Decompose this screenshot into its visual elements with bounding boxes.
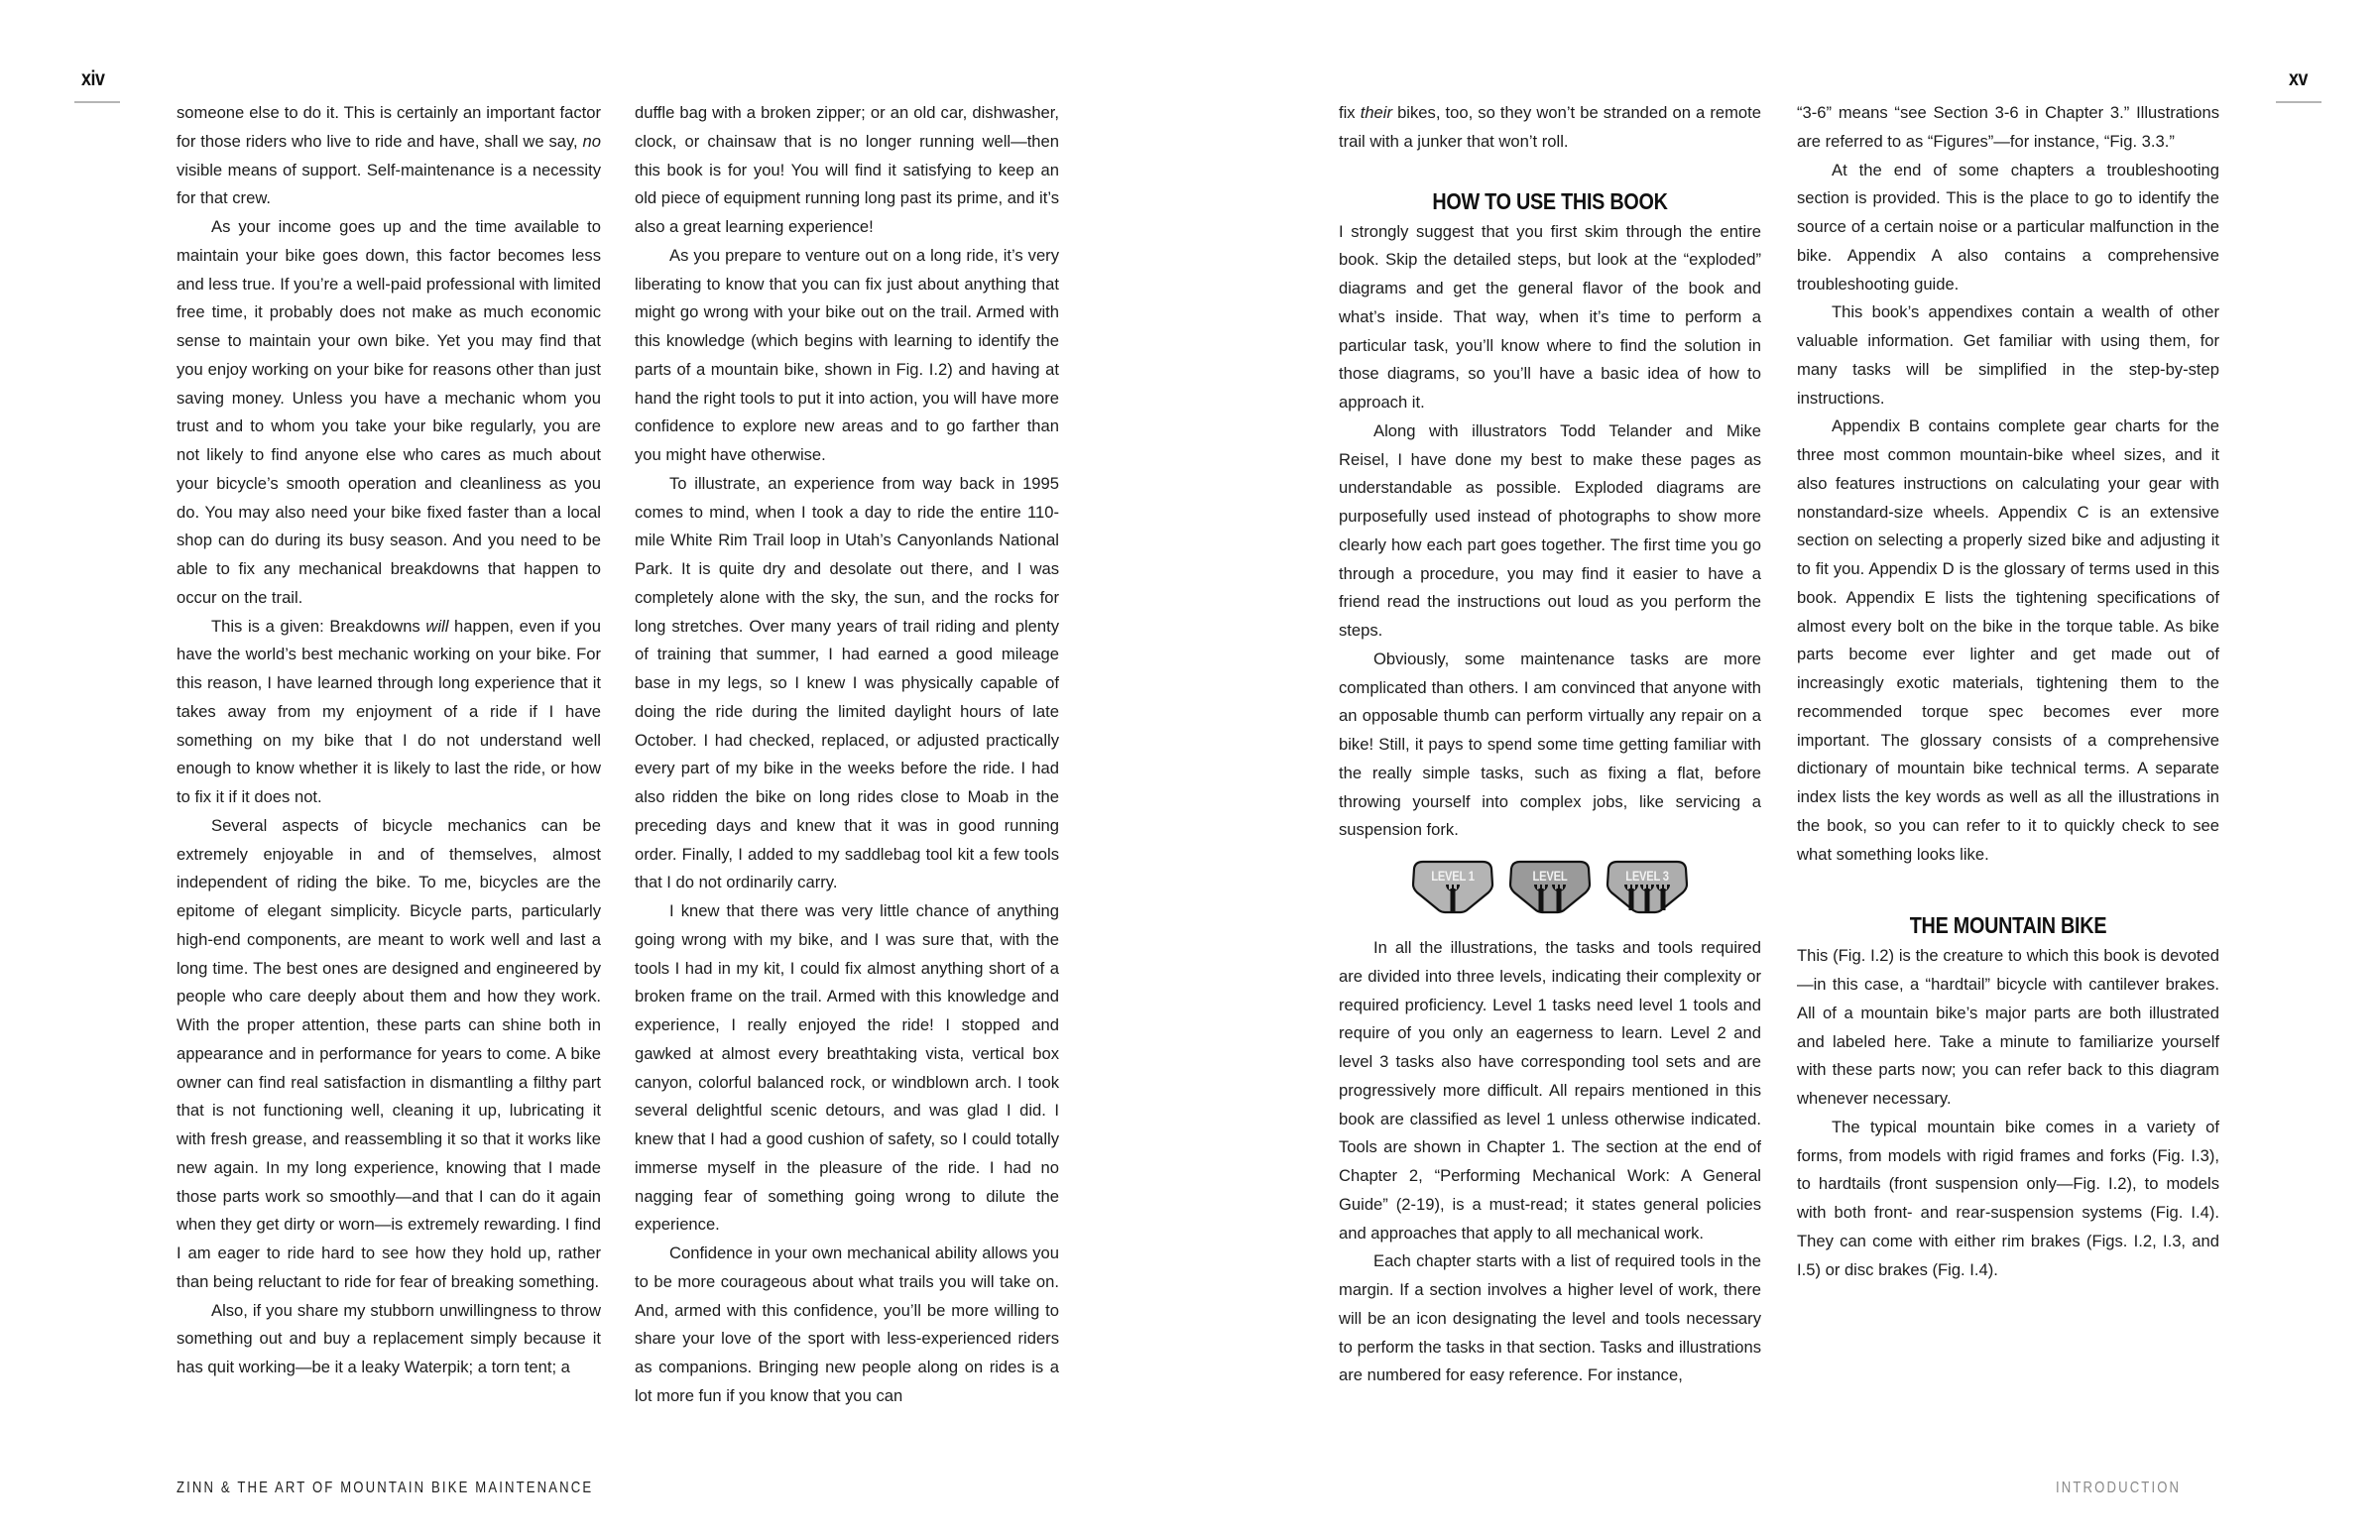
- section-heading-how-to-use: HOW TO USE THIS BOOK: [1368, 186, 1731, 216]
- skill-level-badges: LEVEL 1 LEVEL: [1339, 859, 1761, 918]
- section-heading-mountain-bike: THE MOUNTAIN BIKE: [1827, 910, 2190, 940]
- left-page-number-rule: [74, 101, 120, 103]
- paragraph: Confidence in your own mechanical abilit…: [635, 1240, 1059, 1411]
- paragraph: As your income goes up and the time avai…: [177, 213, 601, 613]
- right-page-number: xv: [2289, 67, 2308, 91]
- level-2-badge: LEVEL: [1508, 859, 1592, 914]
- right-column-2: “3-6” means “see Section 3-6 in Chapter …: [1797, 99, 2219, 1284]
- paragraph: “3-6” means “see Section 3-6 in Chapter …: [1797, 99, 2219, 157]
- paragraph: Along with illustrators Todd Telander an…: [1339, 417, 1761, 646]
- paragraph: fix their bikes, too, so they won’t be s…: [1339, 99, 1761, 157]
- left-page-footer: ZINN & THE ART OF MOUNTAIN BIKE MAINTENA…: [177, 1480, 593, 1497]
- paragraph: Appendix B contains complete gear charts…: [1797, 413, 2219, 869]
- paragraph: This is a given: Breakdowns will happen,…: [177, 613, 601, 812]
- right-page-number-rule: [2276, 101, 2321, 103]
- level-3-badge: LEVEL 3: [1606, 859, 1689, 914]
- paragraph: The typical mountain bike comes in a var…: [1797, 1114, 2219, 1285]
- paragraph: This book’s appendixes contain a wealth …: [1797, 298, 2219, 413]
- level-1-label: LEVEL 1: [1419, 862, 1486, 890]
- level-1-badge: LEVEL 1: [1411, 859, 1494, 914]
- paragraph: duffle bag with a broken zipper; or an o…: [635, 99, 1059, 242]
- paragraph: someone else to do it. This is certainly…: [177, 99, 601, 213]
- paragraph: To illustrate, an experience from way ba…: [635, 470, 1059, 897]
- paragraph: I strongly suggest that you first skim t…: [1339, 218, 1761, 417]
- paragraph: As you prepare to venture out on a long …: [635, 242, 1059, 470]
- right-column-1: fix their bikes, too, so they won’t be s…: [1339, 99, 1761, 1390]
- paragraph: Obviously, some maintenance tasks are mo…: [1339, 646, 1761, 845]
- paragraph: At the end of some chapters a troublesho…: [1797, 157, 2219, 299]
- paragraph: This (Fig. I.2) is the creature to which…: [1797, 942, 2219, 1114]
- paragraph: I knew that there was very little chance…: [635, 897, 1059, 1240]
- left-page-number: xiv: [81, 67, 105, 91]
- paragraph: In all the illustrations, the tasks and …: [1339, 934, 1761, 1247]
- left-column-1: someone else to do it. This is certainly…: [177, 99, 601, 1382]
- level-2-label: LEVEL: [1516, 862, 1583, 890]
- level-3-label: LEVEL 3: [1613, 862, 1680, 890]
- paragraph: Each chapter starts with a list of requi…: [1339, 1247, 1761, 1390]
- left-column-2: duffle bag with a broken zipper; or an o…: [635, 99, 1059, 1411]
- paragraph: Also, if you share my stubborn unwilling…: [177, 1297, 601, 1382]
- paragraph: Several aspects of bicycle mechanics can…: [177, 812, 601, 1297]
- right-page-footer: INTRODUCTION: [2056, 1480, 2181, 1497]
